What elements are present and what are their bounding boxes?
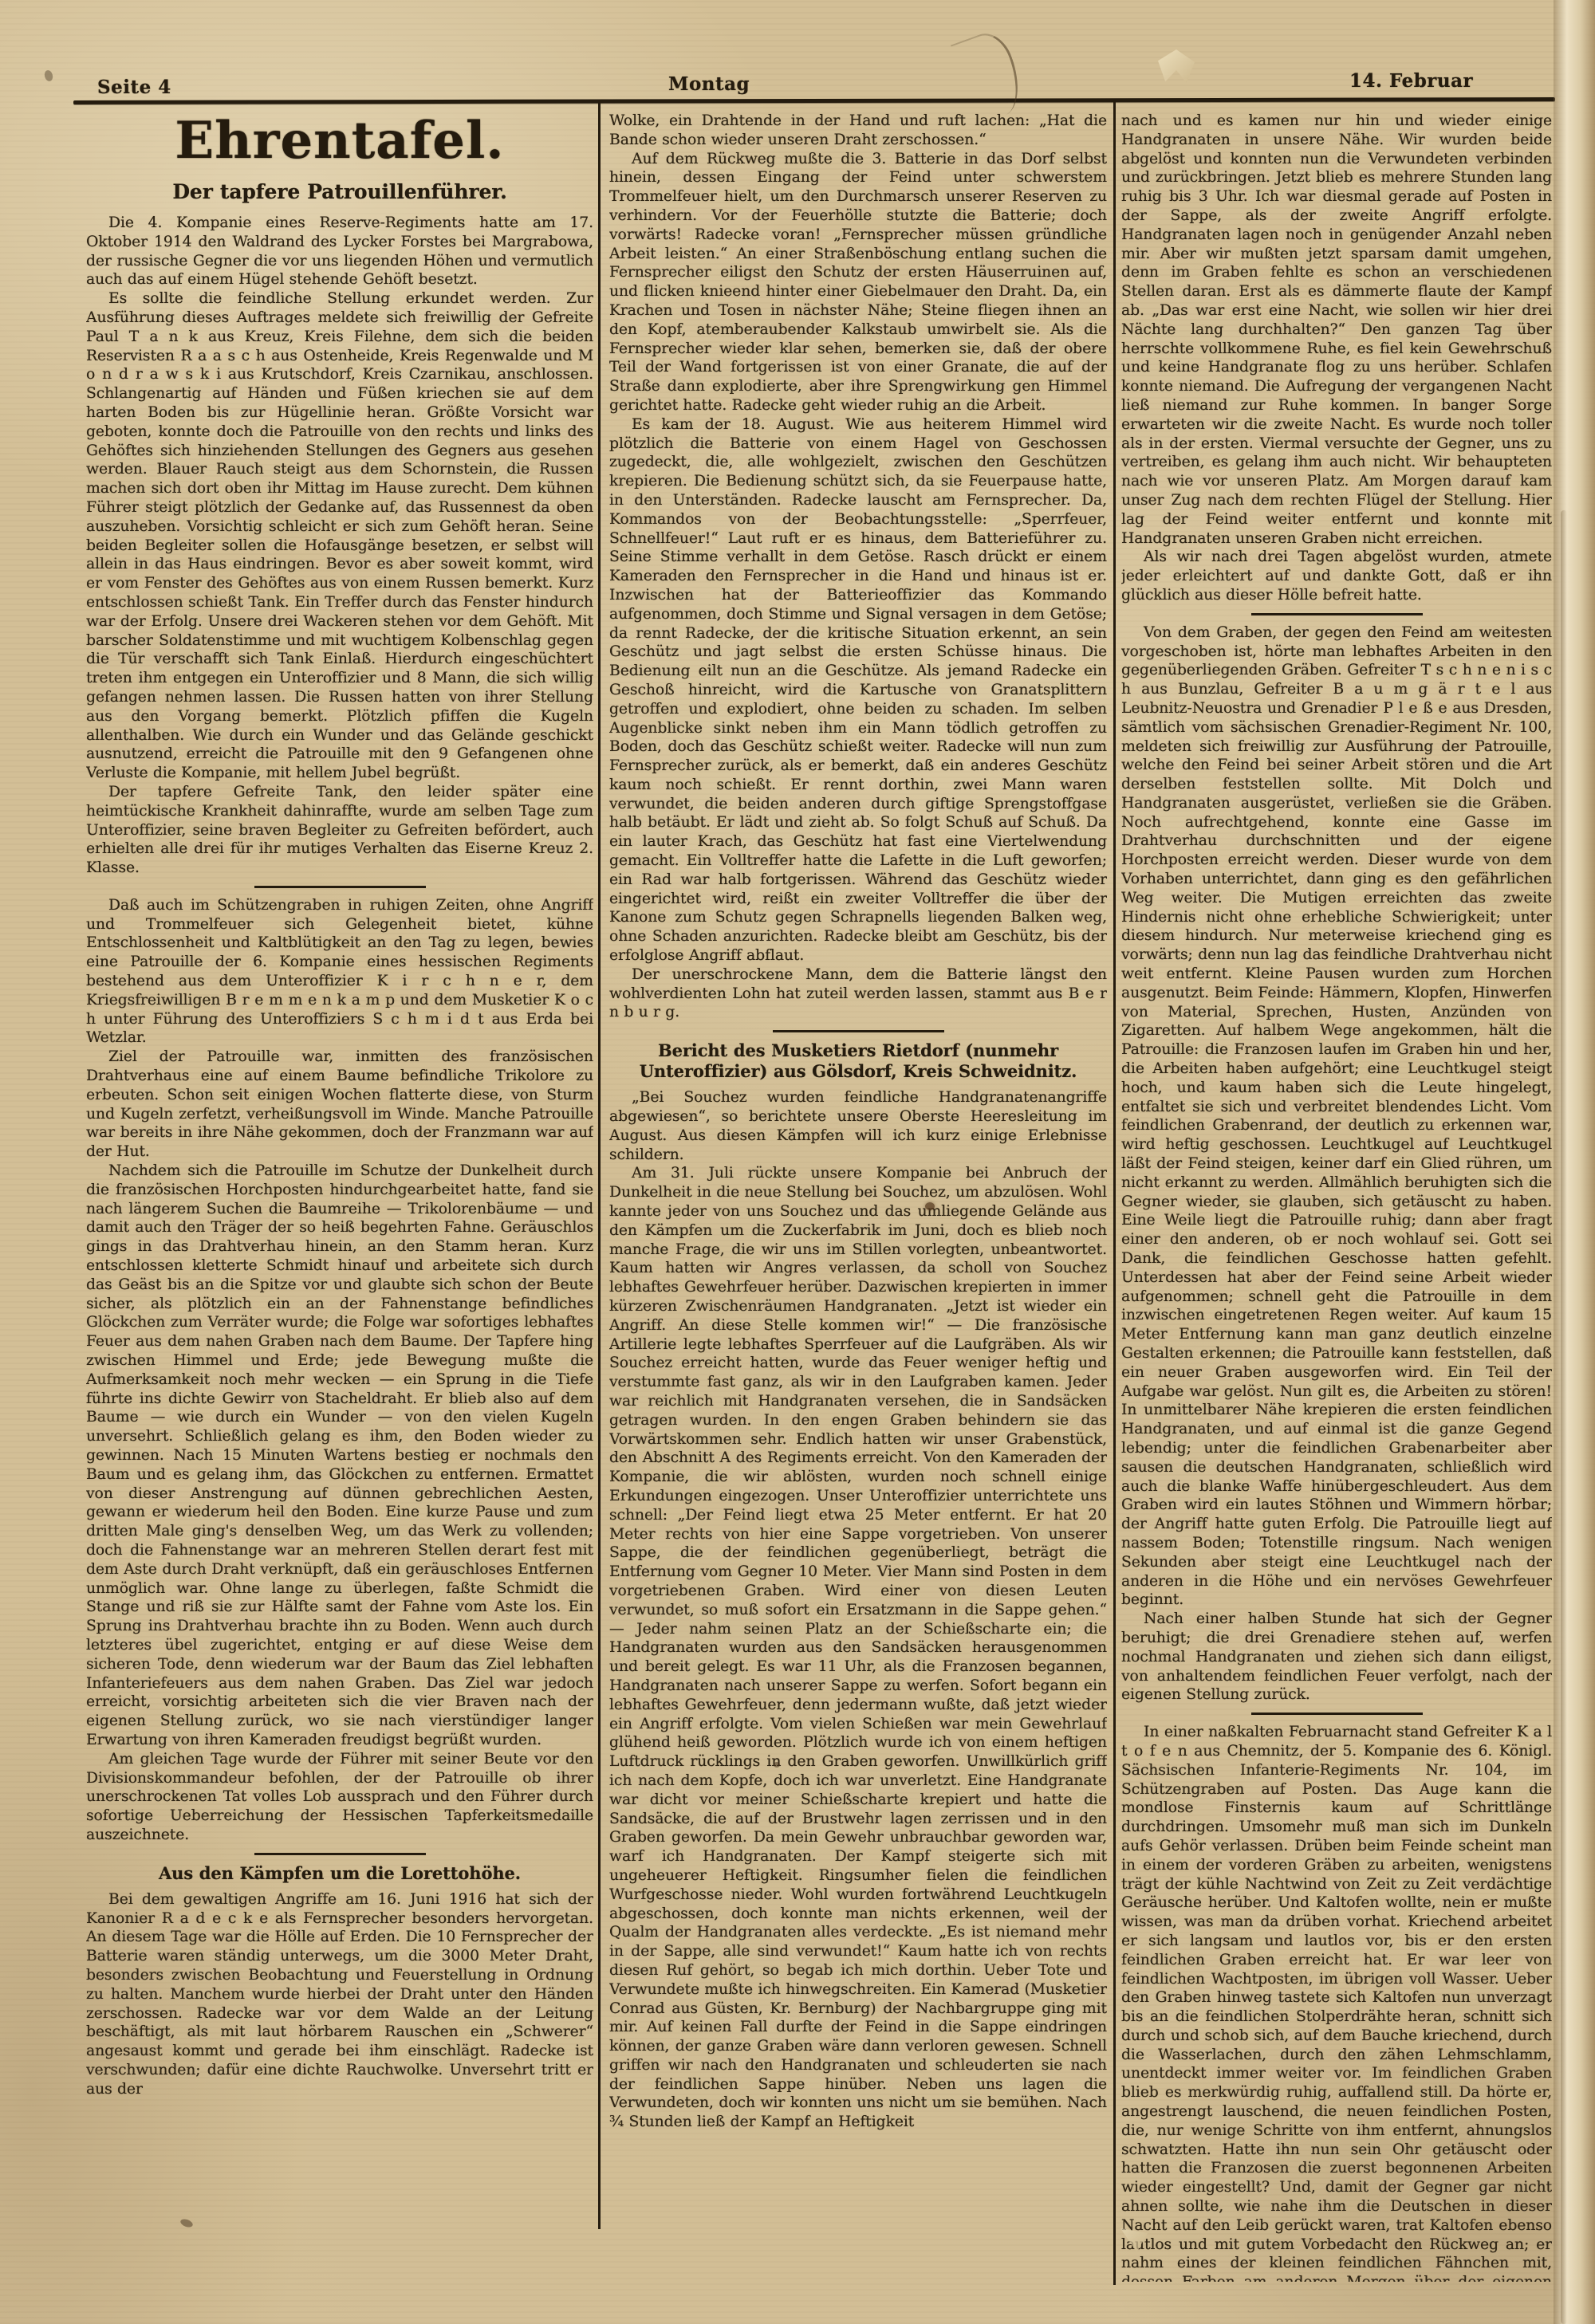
section-heading: Bericht des Musketiers Rietdorf (nunmehr… — [624, 1040, 1093, 1082]
ink-smudge — [925, 1202, 935, 1210]
section-divider — [254, 886, 426, 888]
day-label: Montag — [668, 73, 750, 95]
article-paragraph: Als wir nach drei Tagen abgelöst wurden,… — [1121, 548, 1552, 604]
article-paragraph: Nachdem sich die Patrouille im Schutze d… — [86, 1162, 593, 1750]
article-paragraph: Der unerschrockene Mann, dem die Batteri… — [609, 965, 1107, 1022]
page-number: Seite 4 — [97, 77, 171, 98]
page-fold-edge — [1554, 0, 1595, 2324]
section-divider — [254, 1853, 426, 1855]
column-rule-2 — [1113, 102, 1116, 2285]
newspaper-page: Seite 4 Montag 14. Februar Ehrentafel.De… — [0, 0, 1595, 2324]
section-divider — [773, 1030, 944, 1032]
article-paragraph: Die 4. Kompanie eines Reserve-Regiments … — [86, 214, 593, 289]
article-paragraph: Bei dem gewaltigen Angriffe am 16. Juni … — [86, 1890, 593, 2099]
article-paragraph: nach und es kamen nur hin und wieder ein… — [1121, 112, 1552, 548]
article-subtitle: Der tapfere Patrouillenführer. — [86, 180, 593, 204]
article-paragraph: Am 31. Juli rückte unsere Kompanie bei A… — [609, 1164, 1107, 2132]
article-paragraph: Auf dem Rückweg mußte die 3. Batterie in… — [609, 150, 1107, 415]
article-paragraph: Es kam der 18. August. Wie aus heiterem … — [609, 415, 1107, 965]
column-right: nach und es kamen nur hin und wieder ein… — [1121, 112, 1552, 2282]
date-label: 14. Februar — [1349, 70, 1473, 92]
article-paragraph: Daß auch im Schützengraben in ruhigen Ze… — [86, 896, 593, 1048]
column-rule-1 — [598, 102, 601, 2229]
article-paragraph: Nach einer halben Stunde hat sich der Ge… — [1121, 1610, 1552, 1705]
article-paragraph: In einer naßkalten Februarnacht stand Ge… — [1121, 1723, 1552, 2282]
article-paragraph: Der tapfere Gefreite Tank, den leider sp… — [86, 783, 593, 878]
article-paragraph: Ziel der Patrouille war, inmitten des fr… — [86, 1048, 593, 1162]
ink-smudge — [774, 1762, 780, 1768]
section-divider — [1251, 1713, 1423, 1715]
pen-stroke-mark — [951, 27, 1030, 125]
article-paragraph: Von dem Graben, der gegen den Feind am w… — [1121, 623, 1552, 1610]
page-crease — [1561, 510, 1567, 2324]
ink-smudge — [43, 69, 53, 82]
ink-smudge — [179, 2218, 194, 2229]
column-left: Ehrentafel.Der tapfere Patrouillenführer… — [86, 112, 593, 2199]
paper-fold-mark — [1158, 49, 1195, 83]
header-rule — [73, 97, 1555, 104]
article-paragraph: Es sollte die feindliche Stellung erkund… — [86, 289, 593, 783]
section-heading: Aus den Kämpfen um die Lorettohöhe. — [100, 1863, 579, 1884]
article-paragraph: „Bei Souchez wurden feindliche Handgrana… — [609, 1088, 1107, 1164]
column-middle: Wolke, ein Drahtende in der Hand und ruf… — [609, 112, 1107, 2226]
section-divider — [1251, 613, 1423, 615]
article-paragraph: Wolke, ein Drahtende in der Hand und ruf… — [609, 112, 1107, 150]
article-paragraph: Am gleichen Tage wurde der Führer mit se… — [86, 1750, 593, 1845]
masthead-title: Ehrentafel. — [86, 113, 593, 169]
